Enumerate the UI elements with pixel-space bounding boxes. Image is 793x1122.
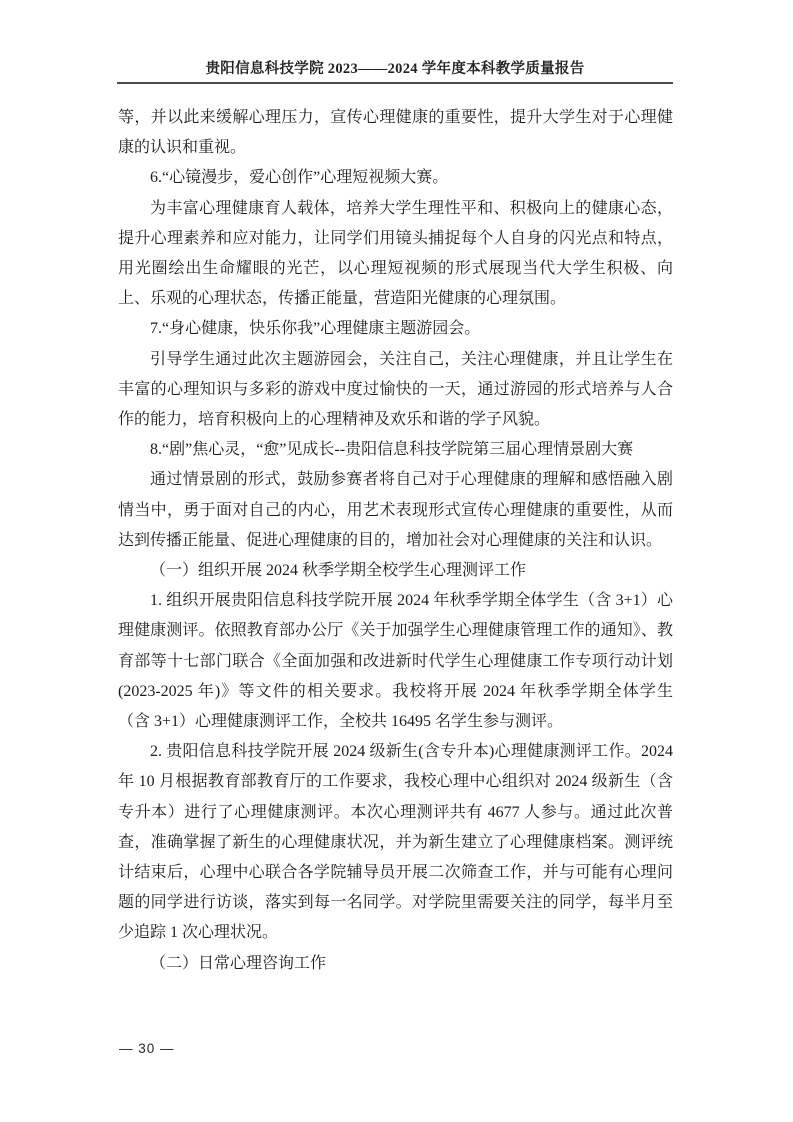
- body-paragraph: 1. 组织开展贵阳信息科技学院开展 2024 年秋季学期全体学生（含 3+1）心…: [118, 586, 673, 737]
- header-title: 贵阳信息科技学院 2023——2024 学年度本科教学质量报告: [117, 57, 673, 78]
- page-number: — 30 —: [119, 1041, 175, 1056]
- item-heading: 8.“剧”焦心灵，“愈”见成长--贵阳信息科技学院第三届心理情景剧大赛: [118, 435, 673, 465]
- document-page: 贵阳信息科技学院 2023——2024 学年度本科教学质量报告 等，并以此来缓解…: [0, 0, 793, 1122]
- section-heading: （一）组织开展 2024 秋季学期全校学生心理测评工作: [118, 556, 673, 586]
- item-heading: 7.“身心健康，快乐你我”心理健康主题游园会。: [118, 314, 673, 344]
- page-header: 贵阳信息科技学院 2023——2024 学年度本科教学质量报告: [117, 57, 673, 84]
- section-heading: （二）日常心理咨询工作: [118, 949, 673, 979]
- body-paragraph: 引导学生通过此次主题游园会，关注自己，关注心理健康，并且让学生在丰富的心理知识与…: [118, 345, 673, 436]
- item-heading: 6.“心镜漫步，爱心创作”心理短视频大赛。: [118, 163, 673, 193]
- body-paragraph: 2. 贵阳信息科技学院开展 2024 级新生(含专升本)心理健康测评工作。202…: [118, 737, 673, 948]
- body-paragraph: 为丰富心理健康育人载体，培养大学生理性平和、积极向上的健康心态，提升心理素养和应…: [118, 194, 673, 315]
- document-body: 等，并以此来缓解心理压力，宣传心理健康的重要性，提升大学生对于心理健康的认识和重…: [118, 103, 673, 979]
- body-paragraph: 等，并以此来缓解心理压力，宣传心理健康的重要性，提升大学生对于心理健康的认识和重…: [118, 103, 673, 163]
- page-footer: — 30 —: [119, 1041, 175, 1056]
- body-paragraph: 通过情景剧的形式，鼓励参赛者将自己对于心理健康的理解和感悟融入剧情当中，勇于面对…: [118, 465, 673, 556]
